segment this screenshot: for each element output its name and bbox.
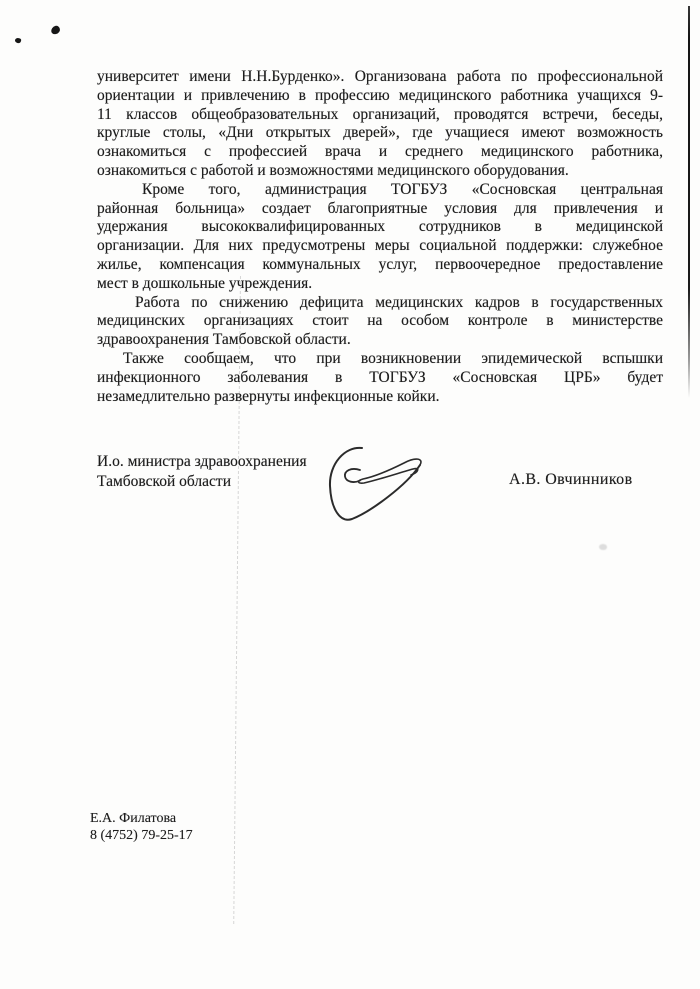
text-line: удержания высококвалифицированных сотруд… bbox=[97, 218, 663, 237]
handwritten-signature bbox=[318, 438, 438, 530]
executor-phone: 8 (4752) 79-25-17 bbox=[90, 827, 193, 844]
text-line: организации. Для них предусмотрены меры … bbox=[97, 237, 663, 256]
executor-name: Е.А. Филатова bbox=[90, 810, 193, 827]
signer-name: А.В. Овчинников bbox=[509, 471, 633, 489]
text-line: ознакомиться с работой и возможностями м… bbox=[97, 162, 663, 181]
text-line: жилье, компенсация коммунальных услуг, п… bbox=[97, 256, 663, 275]
scanned-letter-page: университет имени Н.Н.Бурденко». Организ… bbox=[0, 0, 700, 989]
text-line: Кроме того, администрация ТОГБУЗ «Соснов… bbox=[97, 181, 663, 200]
paragraph: Кроме того, администрация ТОГБУЗ «Соснов… bbox=[97, 181, 663, 294]
text-line: ознакомиться с профессией врача и средне… bbox=[97, 143, 663, 162]
text-line: университет имени Н.Н.Бурденко». Организ… bbox=[97, 68, 663, 87]
scan-edge-artifact bbox=[688, 6, 690, 398]
text-line: Также сообщаем, что при возникновении эп… bbox=[97, 350, 663, 369]
text-line: круглые столы, «Дни открытых дверей», гд… bbox=[97, 124, 663, 143]
letter-body: университет имени Н.Н.Бурденко». Организ… bbox=[97, 68, 663, 406]
ink-dot bbox=[50, 25, 61, 35]
text-line: медицинских организациях стоит на особом… bbox=[97, 312, 663, 331]
signer-title-line1: И.о. министра здравоохранения bbox=[97, 452, 307, 472]
paragraph: Работа по снижению дефицита медицинских … bbox=[97, 294, 663, 350]
text-line: районная больница» создает благоприятные… bbox=[97, 200, 663, 219]
text-line: инфекционного заболевания в ТОГБУЗ «Сосн… bbox=[97, 369, 663, 388]
signer-title: И.о. министра здравоохранения Тамбовской… bbox=[97, 452, 307, 491]
paragraph: университет имени Н.Н.Бурденко». Организ… bbox=[97, 68, 663, 181]
executor-contact: Е.А. Филатова 8 (4752) 79-25-17 bbox=[90, 810, 193, 844]
text-line: ориентации и привлечению в профессию мед… bbox=[97, 87, 663, 106]
ink-dot bbox=[14, 37, 21, 44]
signer-title-line2: Тамбовской области bbox=[97, 472, 307, 492]
text-line: 11 классов общеобразовательных организац… bbox=[97, 106, 663, 125]
text-line: незамедлительно развернуты инфекционные … bbox=[97, 388, 663, 407]
text-line: мест в дошкольные учреждения. bbox=[97, 275, 663, 294]
paragraph: Также сообщаем, что при возникновении эп… bbox=[97, 350, 663, 406]
scan-speck-artifact bbox=[599, 544, 607, 550]
text-line: Работа по снижению дефицита медицинских … bbox=[97, 294, 663, 313]
text-line: здравоохранения Тамбовской области. bbox=[97, 331, 663, 350]
